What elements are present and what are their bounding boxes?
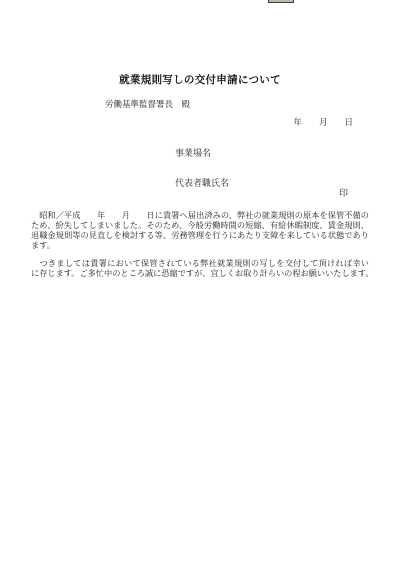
- body-paragraph-2-line-1: つきましては貴署において保管されている弊社就業規則の写しを交付して頂ければ幸い: [31, 259, 369, 269]
- document-page: 就業規則写しの交付申請について 労働基準監督署長 殿 年 月 日 事業場名 代表…: [0, 0, 400, 565]
- addressee-line: 労働基準監督署長 殿: [105, 98, 190, 110]
- body-paragraph-1: 昭和／平成 年 月 日に貴署へ届出済みの、弊社の就業規則の原本を保管不備の ため…: [31, 211, 369, 251]
- body-paragraph-1-line-1: 昭和／平成 年 月 日に貴署へ届出済みの、弊社の就業規則の原本を保管不備の: [31, 211, 369, 221]
- representative-name-field-label: 代表者職氏名: [175, 176, 229, 189]
- body-paragraph-1-line-2: ため、紛失してしまいました。そのため、今般労働時間の短縮、有給休暇制度、賃金規則…: [31, 221, 369, 231]
- cutoff-form-number-box: [268, 0, 294, 3]
- seal-mark: 印: [339, 186, 348, 199]
- body-paragraph-2-line-2: に存じます。ご多忙中のところ誠に恐縮ですが、宜しくお取り計らいの程お願いいたしま…: [31, 269, 369, 279]
- body-paragraph-1-line-4: ます。: [31, 241, 369, 251]
- business-name-field-label: 事業場名: [175, 146, 211, 159]
- document-title: 就業規則写しの交付申請について: [0, 72, 400, 87]
- body-paragraph-1-line-3: 退職金規則等の見直しを検討する等、労務管理を行うにあたり支障を来している状態であ…: [31, 231, 369, 241]
- body-paragraph-2: つきましては貴署において保管されている弊社就業規則の写しを交付して頂ければ幸い …: [31, 259, 369, 279]
- date-blank-line: 年 月 日: [293, 116, 353, 128]
